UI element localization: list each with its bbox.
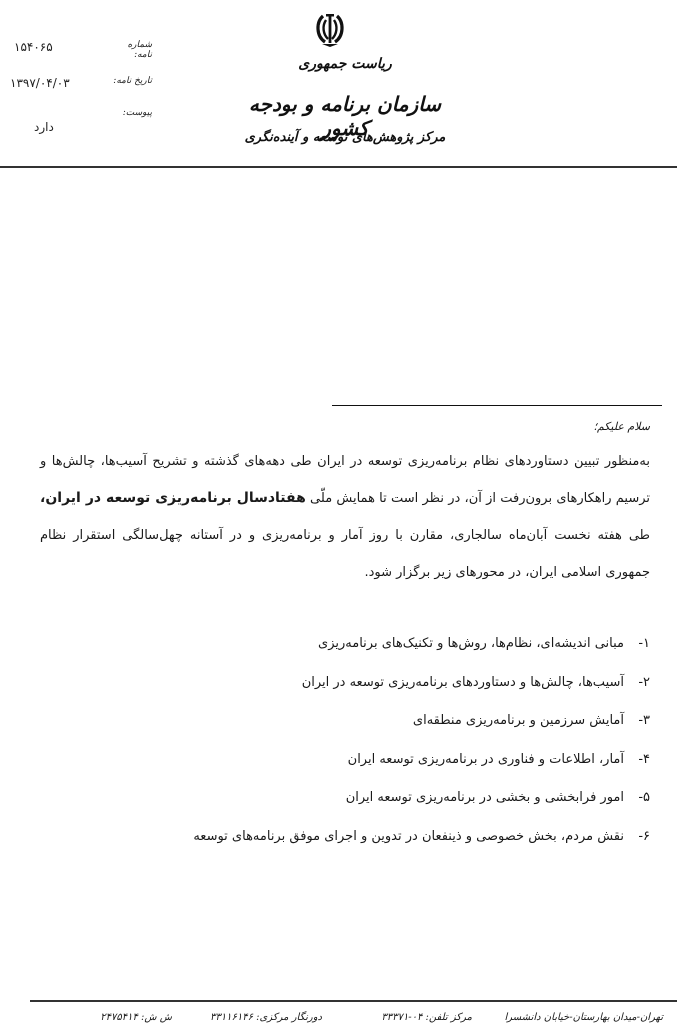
list-item: ۶- نقش مردم، بخش خصوصی و ذینفعان در تدوی… — [80, 818, 650, 857]
header-divider — [0, 166, 677, 168]
list-text: مبانی اندیشه‌ای، نظام‌ها، روش‌ها و تکنیک… — [318, 625, 624, 664]
footer-postal: ش ش: ۲۴۷۵۴۱۴ — [100, 1012, 172, 1023]
fax-label: دورنگار مرکزی: — [256, 1012, 322, 1023]
postal-label: ش ش: — [141, 1012, 172, 1023]
list-number: ۵- — [624, 779, 650, 818]
conference-title: هفتادسال برنامه‌ریزی توسعه در ایران، — [40, 490, 306, 506]
list-item: ۱- مبانی اندیشه‌ای، نظام‌ها، روش‌ها و تک… — [80, 625, 650, 664]
letter-number: ۱۵۴۰۶۵ — [14, 40, 53, 54]
topics-list: ۱- مبانی اندیشه‌ای، نظام‌ها، روش‌ها و تک… — [80, 625, 650, 856]
letter-number-label: شماره نامه: — [112, 40, 152, 60]
list-number: ۴- — [624, 741, 650, 780]
list-text: آمار، اطلاعات و فناوری در برنامه‌ریزی تو… — [348, 741, 624, 780]
list-text: آسیب‌ها، چالش‌ها و دستاوردهای برنامه‌ریز… — [302, 664, 624, 703]
list-number: ۲- — [624, 664, 650, 703]
header-presidency: ریاست جمهوری — [230, 56, 460, 72]
letter-date: ۱۳۹۷/۰۴/۰۳ — [10, 76, 70, 90]
list-text: نقش مردم، بخش خصوصی و ذینفعان در تدوین و… — [193, 818, 624, 857]
list-item: ۳- آمایش سرزمین و برنامه‌ریزی منطقه‌ای — [80, 702, 650, 741]
list-number: ۱- — [624, 625, 650, 664]
list-item: ۴- آمار، اطلاعات و فناوری در برنامه‌ریزی… — [80, 741, 650, 780]
salutation: سلام علیکم؛ — [590, 420, 650, 433]
attachment-value: دارد — [34, 120, 54, 134]
iran-emblem-icon — [315, 12, 345, 48]
postal-value: ۲۴۷۵۴۱۴ — [100, 1012, 138, 1023]
list-number: ۶- — [624, 818, 650, 857]
attachment-label: پیوست: — [112, 108, 152, 118]
list-item: ۵- امور فرابخشی و بخشی در برنامه‌ریزی تو… — [80, 779, 650, 818]
header-research-center: مرکز پژوهش‌های توسعه و آینده‌نگری — [230, 130, 460, 145]
phone-value: ۰۴-۳۳۳۷۱ — [381, 1012, 422, 1023]
list-item: ۲- آسیب‌ها، چالش‌ها و دستاوردهای برنامه‌… — [80, 664, 650, 703]
footer-divider — [30, 1000, 677, 1002]
list-number: ۳- — [624, 702, 650, 741]
phone-label: مرکز تلفن: — [426, 1012, 472, 1023]
addressee-divider — [332, 405, 662, 406]
footer-address: تهران-میدان بهارستان-خیابان دانشسرا — [504, 1012, 663, 1023]
footer-fax: دورنگار مرکزی: ۳۳۱۱۶۱۴۶ — [210, 1012, 322, 1023]
list-text: امور فرابخشی و بخشی در برنامه‌ریزی توسعه… — [346, 779, 624, 818]
letter-date-label: تاریخ نامه: — [112, 76, 152, 86]
fax-value: ۳۳۱۱۶۱۴۶ — [210, 1012, 253, 1023]
footer-phone: مرکز تلفن: ۰۴-۳۳۳۷۱ — [381, 1012, 472, 1023]
list-text: آمایش سرزمین و برنامه‌ریزی منطقه‌ای — [413, 702, 624, 741]
body-paragraph: به‌منظور تبیین دستاوردهای نظام برنامه‌ری… — [40, 443, 650, 591]
paragraph-text-2: طی هفته نخست آبان‌ماه سالجاری، مقارن با … — [40, 528, 650, 580]
